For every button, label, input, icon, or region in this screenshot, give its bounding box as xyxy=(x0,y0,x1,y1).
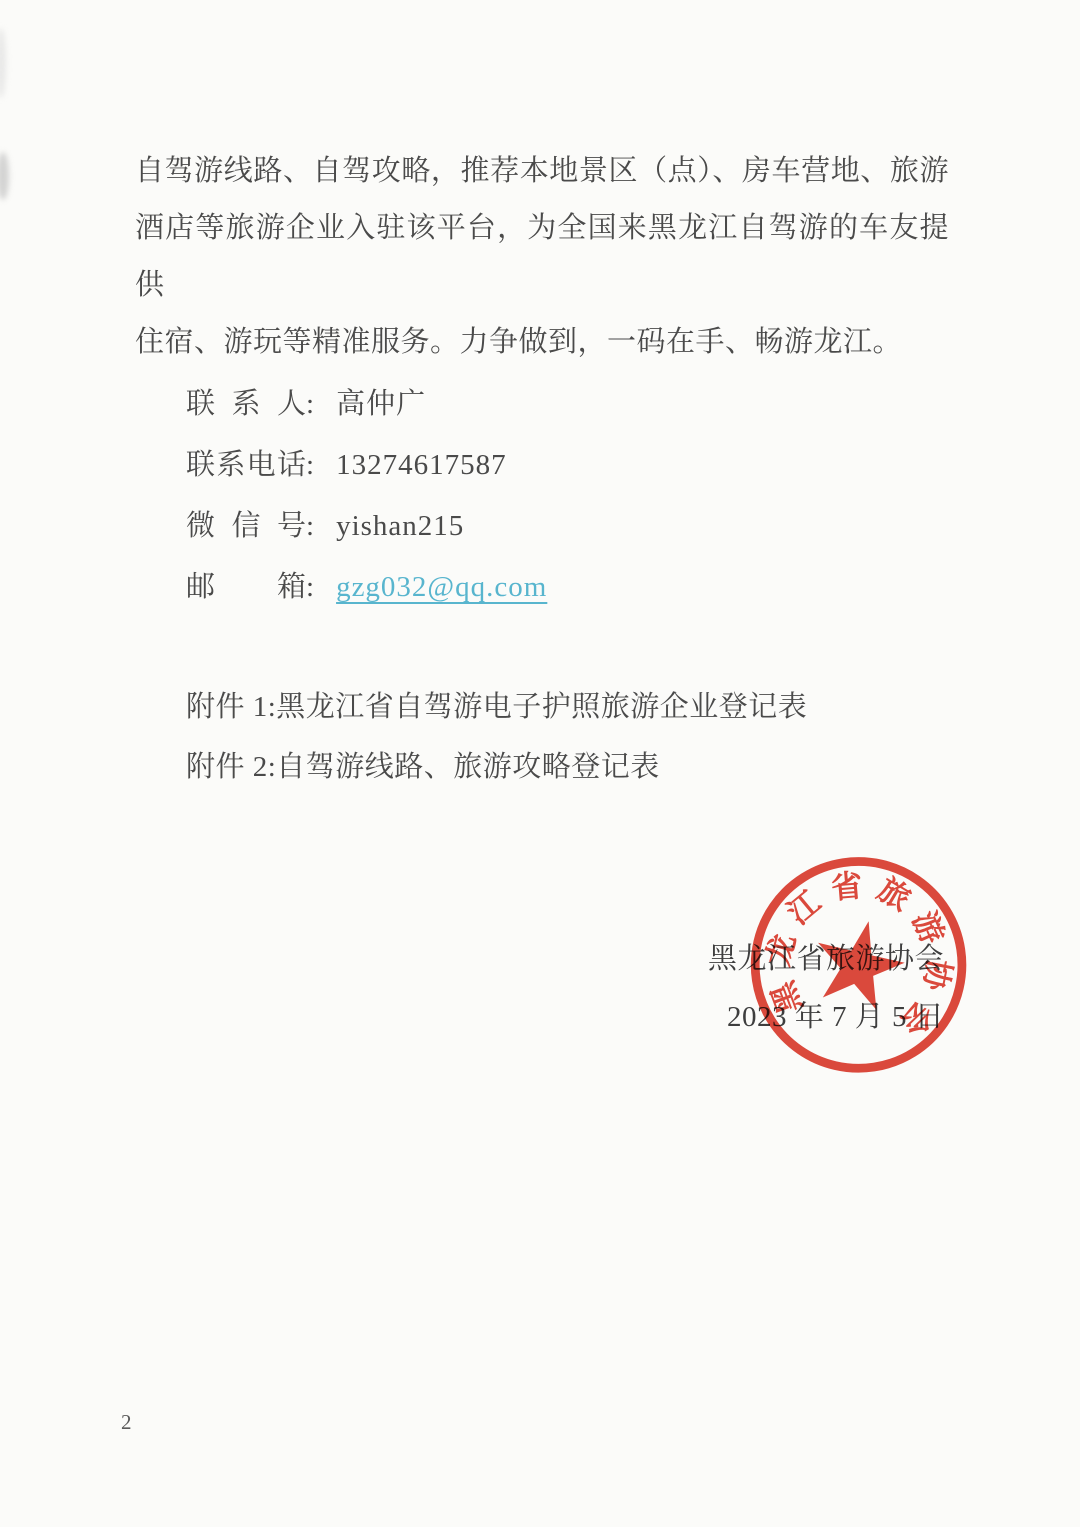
contact-colon: : xyxy=(306,557,314,618)
contact-colon: : xyxy=(306,374,314,435)
seal-star-icon xyxy=(806,911,912,1013)
official-seal-stamp: 黑龙江省旅游协会 xyxy=(719,823,1000,1104)
document-page: 自驾游线路、自驾攻略，推荐本地景区（点）、房车营地、旅游 酒店等旅游企业入驻该平… xyxy=(0,0,1080,1527)
attachment-line-1: 附件 1:黑龙江省自驾游电子护照旅游企业登记表 xyxy=(186,677,807,737)
body-paragraph: 自驾游线路、自驾攻略，推荐本地景区（点）、房车营地、旅游 酒店等旅游企业入驻该平… xyxy=(135,143,949,371)
contact-colon: : xyxy=(306,496,314,557)
contact-person-value: 高仲广 xyxy=(336,388,426,420)
page-number: 2 xyxy=(121,1410,132,1435)
attachment-line-2: 附件 2:自驾游线路、旅游攻略登记表 xyxy=(186,737,807,797)
contact-colon: : xyxy=(306,435,314,496)
email-link[interactable]: gzg032@qq.com xyxy=(336,571,547,603)
contact-row-phone: 联系电话:13274617587 xyxy=(186,435,547,496)
body-line: 自驾游线路、自驾攻略，推荐本地景区（点）、房车营地、旅游 xyxy=(135,143,949,200)
contact-label: 联系电话 xyxy=(186,435,306,496)
scan-smudge xyxy=(0,28,6,98)
body-line: 酒店等旅游企业入驻该平台，为全国来黑龙江自驾游的车友提供 xyxy=(135,200,949,314)
attachments-block: 附件 1:黑龙江省自驾游电子护照旅游企业登记表 附件 2:自驾游线路、旅游攻略登… xyxy=(186,677,807,797)
contact-wechat-value: yishan215 xyxy=(336,510,464,542)
contact-label: 微信号 xyxy=(186,496,306,557)
contact-block: 联系人:高仲广 联系电话:13274617587 微信号:yishan215 邮… xyxy=(186,374,547,618)
contact-label: 联系人 xyxy=(186,374,306,435)
contact-row-person: 联系人:高仲广 xyxy=(186,374,547,435)
body-line: 住宿、游玩等精准服务。力争做到，一码在手、畅游龙江。 xyxy=(135,314,949,371)
contact-row-email: 邮箱:gzg032@qq.com xyxy=(186,557,547,618)
contact-phone-value: 13274617587 xyxy=(336,449,507,481)
contact-label: 邮箱 xyxy=(186,557,306,618)
contact-row-wechat: 微信号:yishan215 xyxy=(186,496,547,557)
scan-smudge xyxy=(0,152,9,200)
